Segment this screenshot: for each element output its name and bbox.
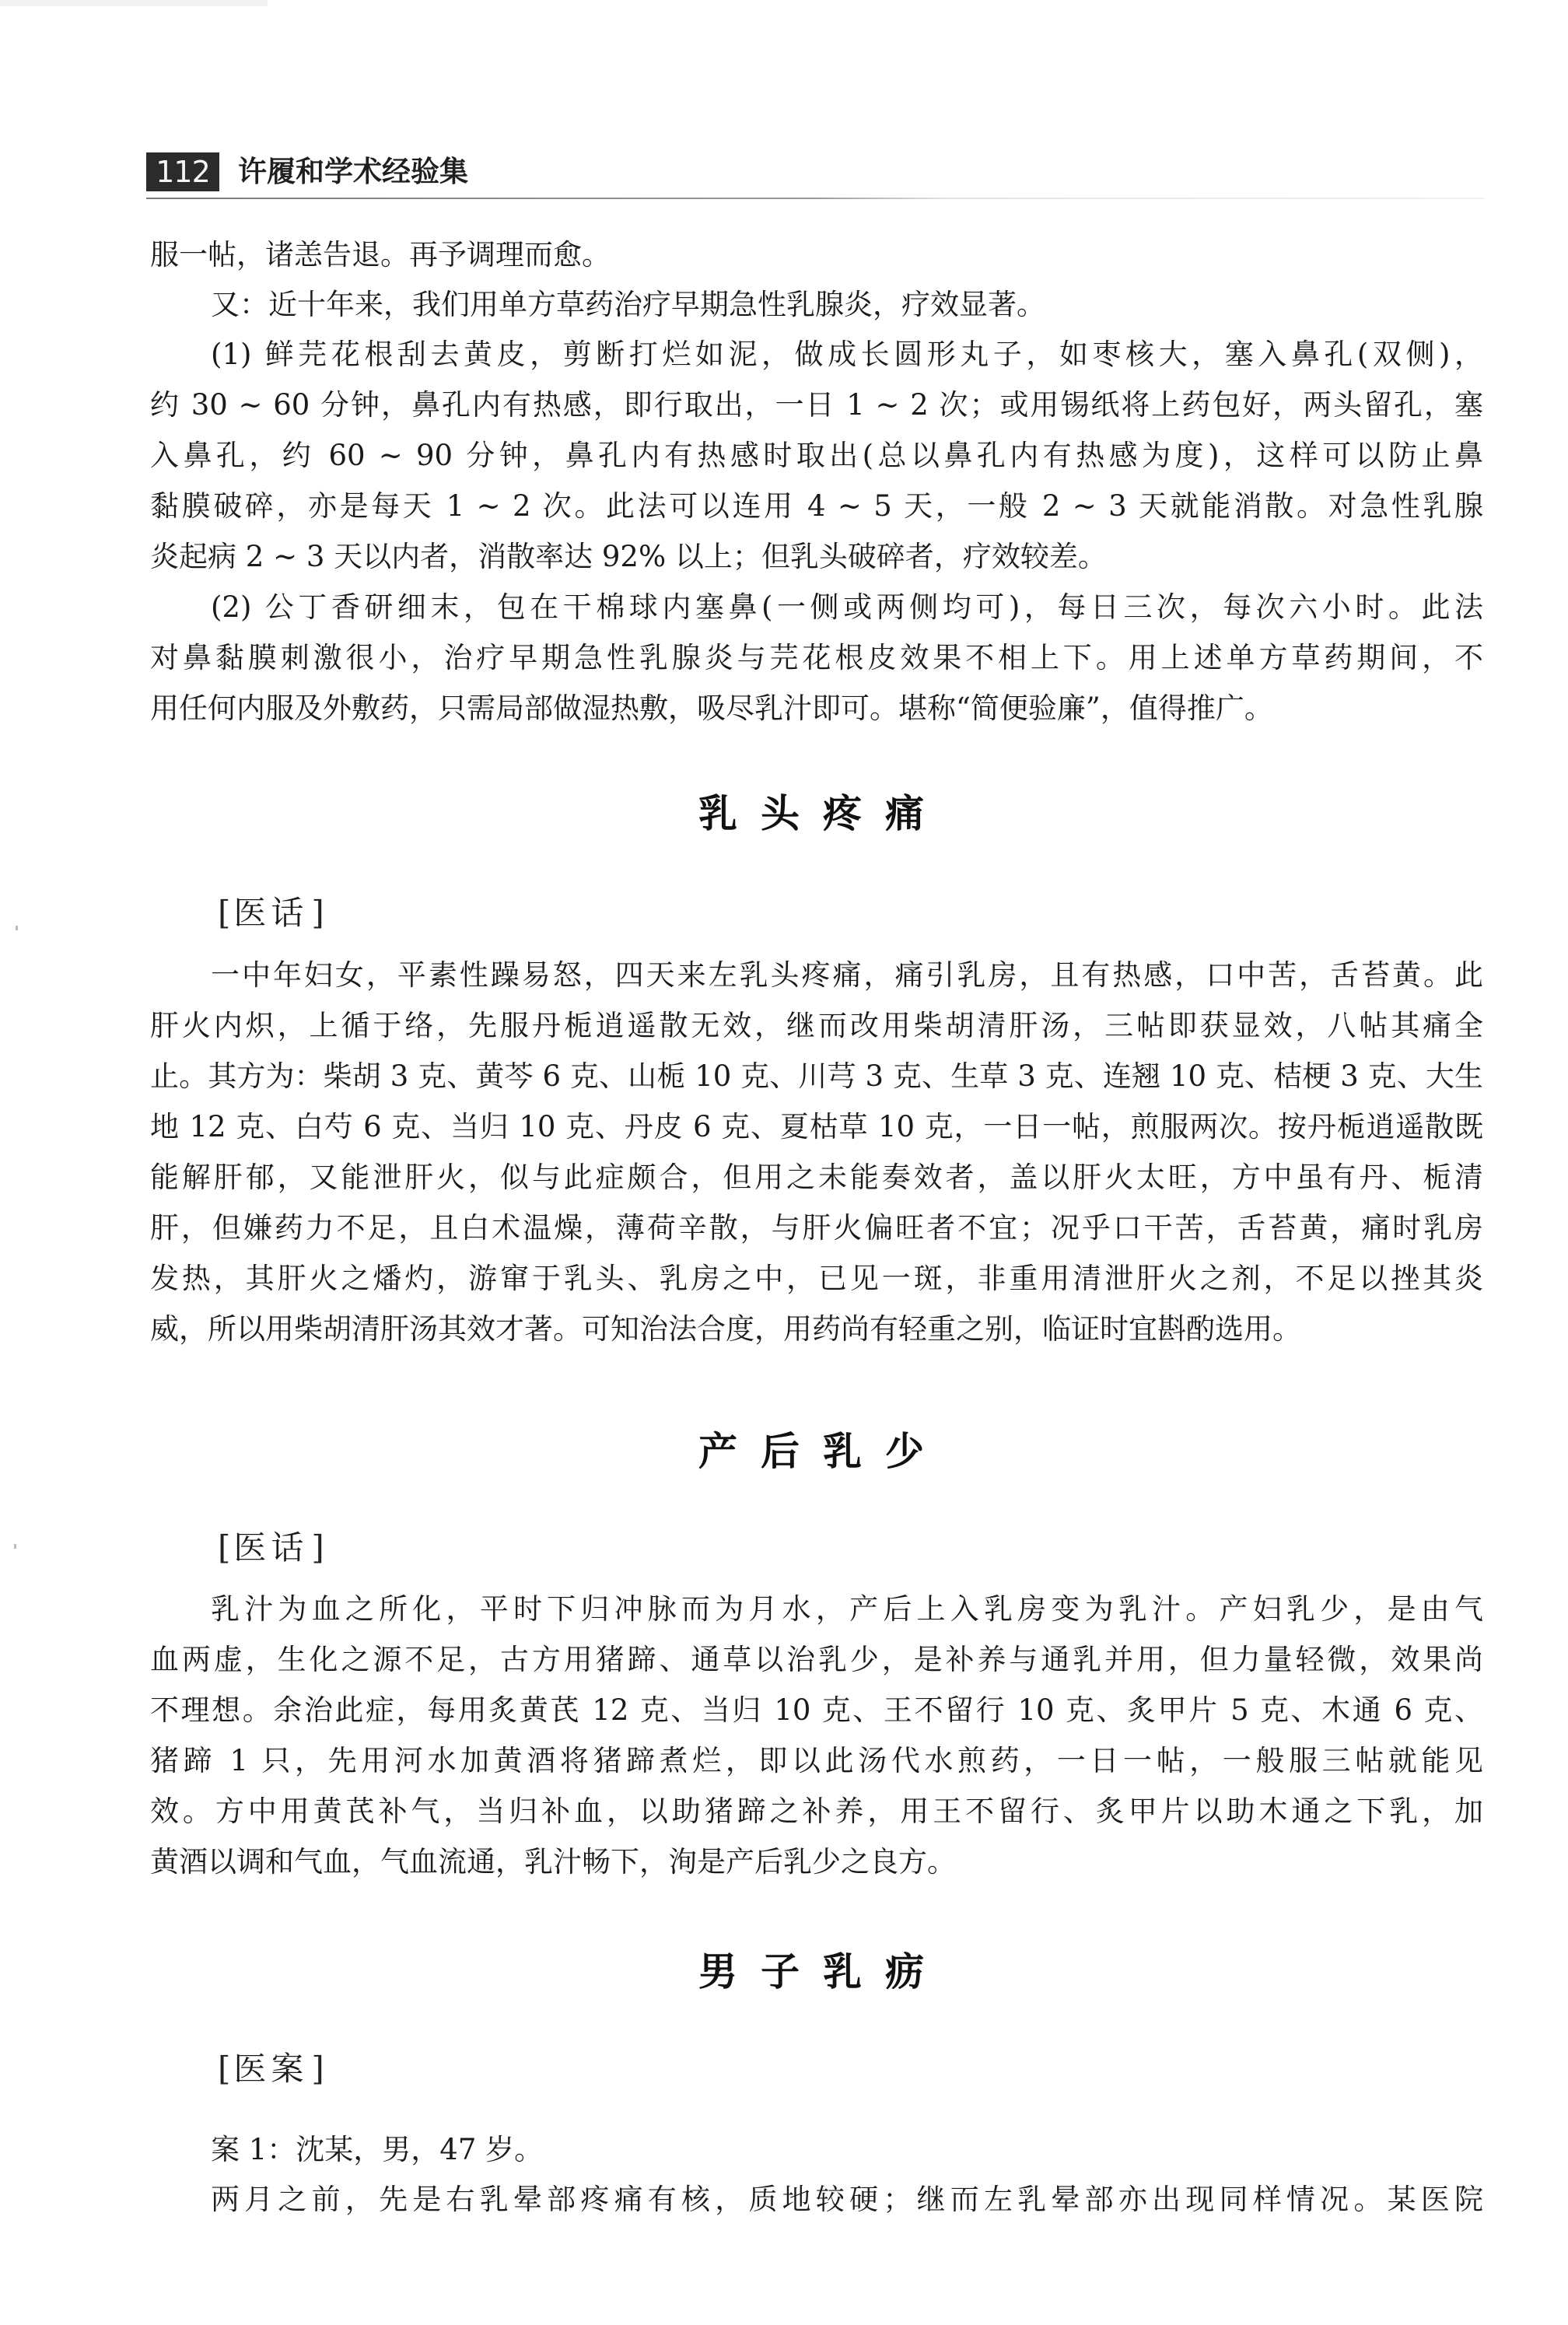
text-line: 不理想。余治此症，每用炙黄芪 12 克、当归 10 克、王不留行 10 克、炙甲… [150, 1693, 1483, 1728]
text-line: 能解肝郁，又能泄肝火，似与此症颇合，但用之未能奏效者，盖以肝火太旺，方中虽有丹、… [150, 1161, 1483, 1195]
text-line: 入鼻孔，约 60 ~ 90 分钟，鼻孔内有热感时取出(总以鼻孔内有热感为度)，这… [150, 439, 1483, 473]
text-line: 两月之前，先是右乳晕部疼痛有核，质地较硬；继而左乳晕部亦出现同样情况。某医院 [211, 2183, 1483, 2217]
text-line: 炎起病 2 ~ 3 天以内者，消散率达 92% 以上；但乳头破碎者，疗效较差。 [150, 540, 1483, 574]
text-line: 肝火内炽，上循于络，先服丹栀逍遥散无效，继而改用柴胡清肝汤，三帖即获显效，八帖其… [150, 1009, 1483, 1043]
text-line: 肝，但嫌药力不足，且白术温燥，薄荷辛散，与肝火偏旺者不宜；况乎口干苦，舌苔黄，痛… [150, 1211, 1483, 1245]
scan-speck [16, 926, 18, 930]
subsection-label: [医案] [218, 2046, 324, 2092]
section-heading: 男子乳疬 [0, 1949, 1568, 1995]
text-line: 猪蹄 1 只，先用河水加黄酒将猪蹄煮烂，即以此汤代水煎药，一日一帖，一般服三帖就… [150, 1744, 1483, 1778]
text-line: 血两虚，生化之源不足，古方用猪蹄、通草以治乳少，是补养与通乳并用，但力量轻微，效… [150, 1643, 1483, 1677]
text-line: 约 30 ~ 60 分钟，鼻孔内有热感，即行取出，一日 1 ~ 2 次；或用锡纸… [150, 388, 1483, 422]
subsection-label: [医话] [218, 890, 324, 937]
close-bracket: ] [311, 2050, 324, 2088]
header-rule-divider [146, 198, 1484, 199]
scan-edge-strip [0, 0, 268, 6]
book-title: 许履和学术经验集 [238, 154, 468, 190]
text-line: 威，所以用柴胡清肝汤其效才著。可知治法合度，用药尚有轻重之别，临证时宜斟酌选用。 [150, 1312, 1483, 1346]
section-heading: 产后乳少 [0, 1428, 1568, 1475]
label-text: 医话 [233, 1528, 308, 1567]
text-line: 效。方中用黄芪补气，当归补血，以助猪蹄之补养，用王不留行、炙甲片以助木通之下乳，… [150, 1795, 1483, 1829]
text-line: 用任何内服及外敷药，只需局部做湿热敷，吸尽乳汁即可。堪称“简便验廉”，值得推广。 [150, 692, 1483, 726]
label-text: 医案 [233, 2050, 308, 2088]
text-line: 乳汁为血之所化，平时下归冲脉而为月水，产后上入乳房变为乳汁。产妇乳少，是由气 [211, 1592, 1483, 1626]
case-heading: 案 1：沈某，男，47 岁。 [211, 2133, 911, 2167]
text-line: 服一帖，诸恙告退。再予调理而愈。 [150, 238, 1483, 272]
close-bracket: ] [311, 1528, 324, 1567]
text-line: 黏膜破碎，亦是每天 1 ~ 2 次。此法可以连用 4 ~ 5 天，一般 2 ~ … [150, 489, 1483, 523]
text-line: 发热，其肝火之燔灼，游窜于乳头、乳房之中，已见一斑，非重用清泄肝火之剂，不足以挫… [150, 1262, 1483, 1296]
text-line: (1) 鲜芫花根刮去黄皮，剪断打烂如泥，做成长圆形丸子，如枣核大，塞入鼻孔(双侧… [211, 338, 1483, 372]
text-line: (2) 公丁香研细末，包在干棉球内塞鼻(一侧或两侧均可)，每日三次，每次六小时。… [211, 590, 1483, 625]
page-number-badge: 112 [146, 152, 219, 191]
section-heading: 乳头疼痛 [0, 790, 1568, 837]
open-bracket: [ [218, 894, 230, 932]
text-line: 又：近十年来，我们用单方草药治疗早期急性乳腺炎，疗效显著。 [211, 288, 1483, 322]
text-line: 一中年妇女，平素性躁易怒，四天来左乳头疼痛，痛引乳房，且有热感，口中苦，舌苔黄。… [211, 958, 1483, 993]
close-bracket: ] [311, 894, 324, 932]
open-bracket: [ [218, 2050, 230, 2088]
text-line: 地 12 克、白芍 6 克、当归 10 克、丹皮 6 克、夏枯草 10 克，一日… [150, 1110, 1483, 1144]
label-text: 医话 [233, 894, 308, 932]
open-bracket: [ [218, 1528, 230, 1567]
scan-speck [14, 1544, 16, 1549]
text-line: 对鼻黏膜刺激很小，治疗早期急性乳腺炎与芫花根皮效果不相上下。用上述单方草药期间，… [150, 641, 1483, 675]
text-line: 黄酒以调和气血，气血流通，乳汁畅下，洵是产后乳少之良方。 [150, 1845, 1483, 1879]
text-line: 止。其方为：柴胡 3 克、黄芩 6 克、山栀 10 克、川芎 3 克、生草 3 … [150, 1059, 1483, 1094]
subsection-label: [医话] [218, 1525, 324, 1571]
